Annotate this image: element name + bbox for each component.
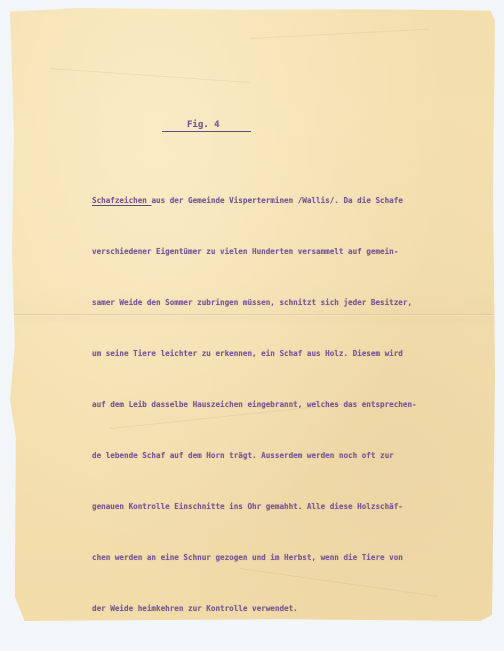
paper-crease: [250, 29, 430, 39]
typewritten-page: Fig. 4 Schafzeichen aus der Gemeinde Vis…: [10, 8, 495, 621]
figure-title: Fig. 4: [187, 120, 220, 130]
title-underline: [162, 131, 251, 132]
text-line: genauen Kontrolle Einschnitte ins Ohr ge…: [92, 498, 417, 515]
paper-crease: [50, 68, 250, 83]
text-line: der Weide heimkehren zur Kontrolle verwe…: [92, 600, 417, 617]
text-line: de lebende Schaf auf dem Horn trägt. Aus…: [92, 447, 417, 464]
text-line: um seine Tiere leichter zu erkennen, ein…: [92, 345, 417, 362]
description-paragraph: Schafzeichen aus der Gemeinde Visperterm…: [92, 158, 417, 631]
text-line: samer Weide den Sommer zubringen müssen,…: [92, 294, 417, 311]
text-line: Schafzeichen aus der Gemeinde Visperterm…: [92, 192, 417, 209]
text-line: auf dem Leib dasselbe Hauszeichen eingeb…: [92, 396, 417, 413]
underlined-term: Schafzeichen: [92, 196, 151, 205]
text-line: verschiedener Eigentümer zu vielen Hunde…: [92, 243, 417, 260]
horizontal-fold-line: [10, 314, 495, 316]
text-line-content: aus der Gemeinde Visperterminen /Wallis/…: [151, 196, 402, 205]
text-line: chen werden an eine Schnur gezogen und i…: [92, 549, 417, 566]
